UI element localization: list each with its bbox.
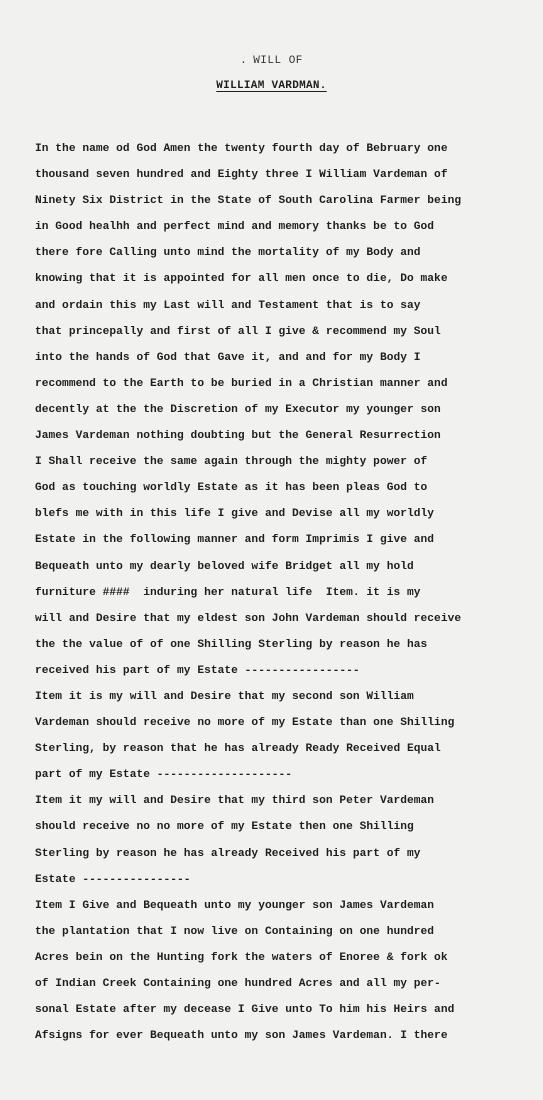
text-line: received his part of my Estate ---------… [35,658,540,684]
text-line: I Shall receive the same again through t… [35,449,540,475]
text-line: there fore Calling unto mind the mortali… [35,240,540,266]
text-line: of Indian Creek Containing one hundred A… [35,971,540,997]
text-line: and ordain this my Last will and Testame… [35,293,540,319]
text-line: thousand seven hundred and Eighty three … [35,162,540,188]
text-line: Estate in the following manner and form … [35,527,540,553]
text-line: James Vardeman nothing doubting but the … [35,423,540,449]
text-line: the plantation that I now live on Contai… [35,919,540,945]
text-line: Sterling, by reason that he has already … [35,736,540,762]
text-line: recommend to the Earth to be buried in a… [35,371,540,397]
text-line: into the hands of God that Gave it, and … [35,345,540,371]
text-line: Sterling by reason he has already Receiv… [35,841,540,867]
subheading-text: WILLIAM VARDMAN. [216,80,326,92]
text-line: Estate ---------------- [35,867,540,893]
text-line: the the value of of one Shilling Sterlin… [35,632,540,658]
text-line: furniture #### induring her natural life… [35,580,540,606]
heading-text: WILL OF [253,55,303,67]
text-line: Afsigns for ever Bequeath unto my son Ja… [35,1023,540,1049]
heading-prefix: . [240,55,247,67]
document-body: In the name od God Amen the twenty fourt… [35,136,540,1049]
text-line: Ninety Six District in the State of Sout… [35,188,540,214]
text-line: in Good healhh and perfect mind and memo… [35,214,540,240]
text-line: God as touching worldly Estate as it has… [35,475,540,501]
document-page: .WILL OF WILLIAM VARDMAN. In the name od… [0,0,543,1100]
document-heading: .WILL OF [0,55,543,67]
text-line: that princepally and first of all I give… [35,319,540,345]
text-line: should receive no no more of my Estate t… [35,814,540,840]
text-line: knowing that it is appointed for all men… [35,266,540,292]
text-line: will and Desire that my eldest son John … [35,606,540,632]
text-line: Item it is my will and Desire that my se… [35,684,540,710]
text-line: Item it my will and Desire that my third… [35,788,540,814]
document-subheading: WILLIAM VARDMAN. [0,80,543,92]
text-line: In the name od God Amen the twenty fourt… [35,136,540,162]
text-line: sonal Estate after my decease I Give unt… [35,997,540,1023]
text-line: Vardeman should receive no more of my Es… [35,710,540,736]
text-line: Item I Give and Bequeath unto my younger… [35,893,540,919]
text-line: Bequeath unto my dearly beloved wife Bri… [35,554,540,580]
text-line: blefs me with in this life I give and De… [35,501,540,527]
text-line: decently at the the Discretion of my Exe… [35,397,540,423]
text-line: part of my Estate -------------------- [35,762,540,788]
text-line: Acres bein on the Hunting fork the water… [35,945,540,971]
